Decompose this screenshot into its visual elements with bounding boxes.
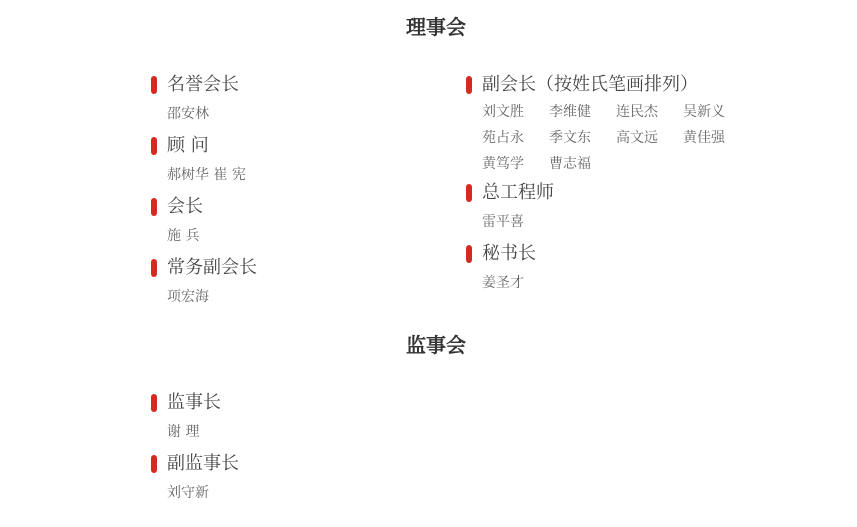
person-name: 曹志福 (549, 151, 616, 177)
red-marker-icon (466, 76, 472, 94)
names-secretary-general: 姜圣才 (466, 270, 750, 296)
role-president: 会长 (151, 195, 257, 219)
person-name: 刘文胜 (482, 99, 549, 125)
red-marker-icon (151, 455, 157, 473)
names-chief-engineer: 雷平喜 (466, 209, 750, 235)
person-name: 连民杰 (616, 99, 683, 125)
role-label: 常务副会长 (167, 257, 257, 278)
role-secretary-general: 秘书长 (466, 242, 750, 266)
red-marker-icon (151, 76, 157, 94)
supervisory-title: 监事会 (0, 333, 857, 357)
person-name: 高文远 (616, 125, 683, 151)
names-deputy-chief-supervisor: 刘守新 (151, 480, 239, 506)
supervisory-column: 监事长 谢 理 副监事长 刘守新 (151, 391, 239, 513)
person-name: 吴新义 (683, 99, 750, 125)
role-label: 副会长（按姓氏笔画排列） (482, 74, 698, 95)
red-marker-icon (151, 137, 157, 155)
board-title: 理事会 (0, 15, 857, 39)
names-advisor: 郝树华 崔 宪 (151, 162, 257, 188)
role-label: 顾 问 (167, 135, 209, 156)
names-honorary-president: 邵安林 (151, 101, 257, 127)
role-honorary-president: 名誉会长 (151, 73, 257, 97)
person-name: 黄笃学 (482, 151, 549, 177)
role-label: 总工程师 (482, 182, 554, 203)
names-president: 施 兵 (151, 223, 257, 249)
role-label: 秘书长 (482, 243, 536, 264)
names-vice-presidents: 刘文胜 李维健 连民杰 吴新义 苑占永 季文东 高文远 黄佳强 黄笃学 曹志福 (466, 99, 750, 177)
role-deputy-chief-supervisor: 副监事长 (151, 452, 239, 476)
red-marker-icon (151, 259, 157, 277)
person-name: 季文东 (549, 125, 616, 151)
red-marker-icon (151, 394, 157, 412)
names-chief-supervisor: 谢 理 (151, 419, 239, 445)
role-label: 名誉会长 (167, 74, 239, 95)
person-name: 黄佳强 (683, 125, 750, 151)
role-advisor: 顾 问 (151, 134, 257, 158)
role-chief-supervisor: 监事长 (151, 391, 239, 415)
names-executive-vice-president: 项宏海 (151, 284, 257, 310)
board-right-column: 副会长（按姓氏笔画排列） 刘文胜 李维健 连民杰 吴新义 苑占永 季文东 高文远… (466, 73, 750, 303)
role-label: 副监事长 (167, 453, 239, 474)
role-executive-vice-president: 常务副会长 (151, 256, 257, 280)
person-name: 苑占永 (482, 125, 549, 151)
person-name: 李维健 (549, 99, 616, 125)
red-marker-icon (466, 184, 472, 202)
role-vice-presidents: 副会长（按姓氏笔画排列） (466, 73, 750, 97)
board-left-column: 名誉会长 邵安林 顾 问 郝树华 崔 宪 会长 施 兵 常务副会长 项宏海 (151, 73, 257, 317)
role-label: 监事长 (167, 392, 221, 413)
red-marker-icon (466, 245, 472, 263)
red-marker-icon (151, 198, 157, 216)
role-label: 会长 (167, 196, 203, 217)
role-chief-engineer: 总工程师 (466, 181, 750, 205)
